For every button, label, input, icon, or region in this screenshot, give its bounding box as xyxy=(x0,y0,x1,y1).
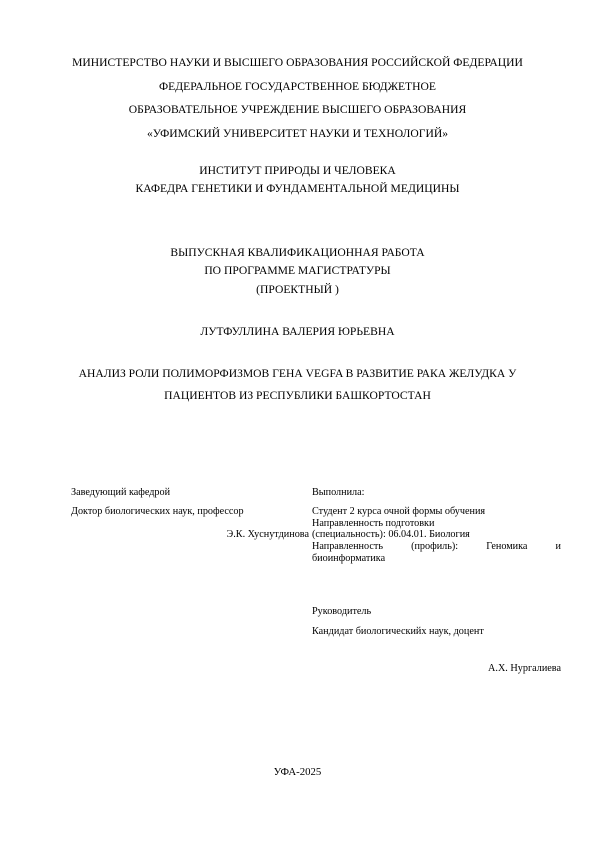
profile-word: Геномика xyxy=(486,541,527,553)
supervisor-name: А.Х. Нургалиева xyxy=(488,663,561,675)
federal-state-budget-line: ФЕДЕРАЛЬНОЕ ГОСУДАРСТВЕННОЕ БЮДЖЕТНОЕ xyxy=(0,80,595,94)
supervisor-label: Руководитель xyxy=(312,606,371,618)
work-type-line: ВЫПУСКНАЯ КВАЛИФИКАЦИОННАЯ РАБОТА xyxy=(0,246,595,260)
head-of-department-name: Э.К. Хуснутдинова xyxy=(227,529,309,541)
thesis-title-line-2: ПАЦИЕНТОВ ИЗ РЕСПУБЛИКИ БАШКОРТОСТАН xyxy=(0,389,595,403)
ministry-line: МИНИСТЕРСТВО НАУКИ И ВЫСШЕГО ОБРАЗОВАНИЯ… xyxy=(0,56,595,70)
department-name: КАФЕДРА ГЕНЕТИКИ И ФУНДАМЕНТАЛЬНОЙ МЕДИЦ… xyxy=(0,182,595,196)
performer-label: Выполнила: xyxy=(312,487,364,499)
author-name: ЛУТФУЛЛИНА ВАЛЕРИЯ ЮРЬЕВНА xyxy=(0,325,595,339)
program-line: ПО ПРОГРАММЕ МАГИСТРАТУРЫ xyxy=(0,264,595,278)
performer-profile-line: Направленность (профиль): Геномика и xyxy=(312,541,561,553)
profile-word: и xyxy=(556,541,561,553)
thesis-title-line-1: АНАЛИЗ РОЛИ ПОЛИМОРФИЗМОВ ГЕНА VEGFA В Р… xyxy=(0,367,595,381)
supervisor-degree: Кандидат биологическийх наук, доцент xyxy=(312,626,484,638)
institute-name: ИНСТИТУТ ПРИРОДЫ И ЧЕЛОВЕКА xyxy=(0,164,595,178)
performer-profile-continuation: биоинформатика xyxy=(312,553,385,565)
profile-word: (профиль): xyxy=(411,541,458,553)
performer-specialty: (специальность): 06.04.01. Биология xyxy=(312,529,470,541)
city-year: УФА-2025 xyxy=(0,765,595,779)
educational-institution-line: ОБРАЗОВАТЕЛЬНОЕ УЧРЕЖДЕНИЕ ВЫСШЕГО ОБРАЗ… xyxy=(0,103,595,117)
project-type-line: (ПРОЕКТНЫЙ ) xyxy=(0,283,595,297)
head-of-department-label: Заведующий кафедрой xyxy=(71,487,170,499)
university-name: «УФИМСКИЙ УНИВЕРСИТЕТ НАУКИ И ТЕХНОЛОГИЙ… xyxy=(0,127,595,141)
head-of-department-degree: Доктор биологических наук, профессор xyxy=(71,506,244,518)
profile-word: Направленность xyxy=(312,541,383,553)
performer-course: Студент 2 курса очной формы обучения xyxy=(312,506,485,518)
title-page: МИНИСТЕРСТВО НАУКИ И ВЫСШЕГО ОБРАЗОВАНИЯ… xyxy=(0,0,595,841)
